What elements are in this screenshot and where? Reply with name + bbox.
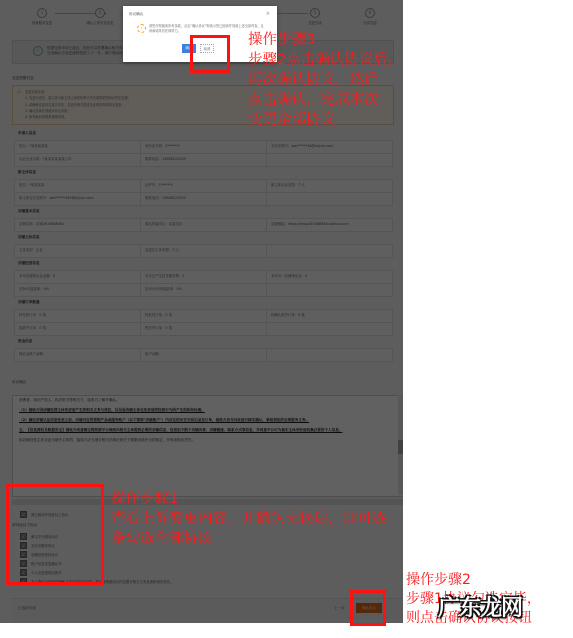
annotation-line: 操作步骤1 <box>111 489 387 509</box>
annotation-line: 变更全部协议 <box>248 110 402 130</box>
annotation-line: 操作步骤3 <box>248 30 402 50</box>
annotation-highlight-step2 <box>350 590 386 626</box>
annotation-step1: 操作步骤1 查看上诉变更内容，并确认无误后，即可逐 条勾选全部协议 <box>111 489 387 549</box>
annotation-line: 点击确认，完成本次 <box>248 90 402 110</box>
annotation-highlight-step1 <box>6 484 104 585</box>
exclamation-circle-icon: ! <box>137 24 146 33</box>
watermark-logo: 广东龙网 <box>438 591 522 622</box>
close-icon[interactable]: × <box>266 11 270 17</box>
annotation-line: 查看上诉变更内容，并确认无误后，即可逐 <box>111 509 387 529</box>
dialog-title: 协议确认 <box>129 12 143 17</box>
annotation-line: 条勾选全部协议 <box>111 529 387 549</box>
annotation-line: 再次确认协议，然后 <box>248 70 402 90</box>
annotation-line: 操作步骤2 <box>406 571 541 590</box>
annotation-line: 步骤2点击确认协议后， <box>248 50 402 70</box>
annotation-highlight-step3 <box>190 35 230 73</box>
annotation-step3: 操作步骤3 步骤2点击确认协议后， 再次确认协议，然后 点击确认，完成本次 变更… <box>248 30 402 130</box>
